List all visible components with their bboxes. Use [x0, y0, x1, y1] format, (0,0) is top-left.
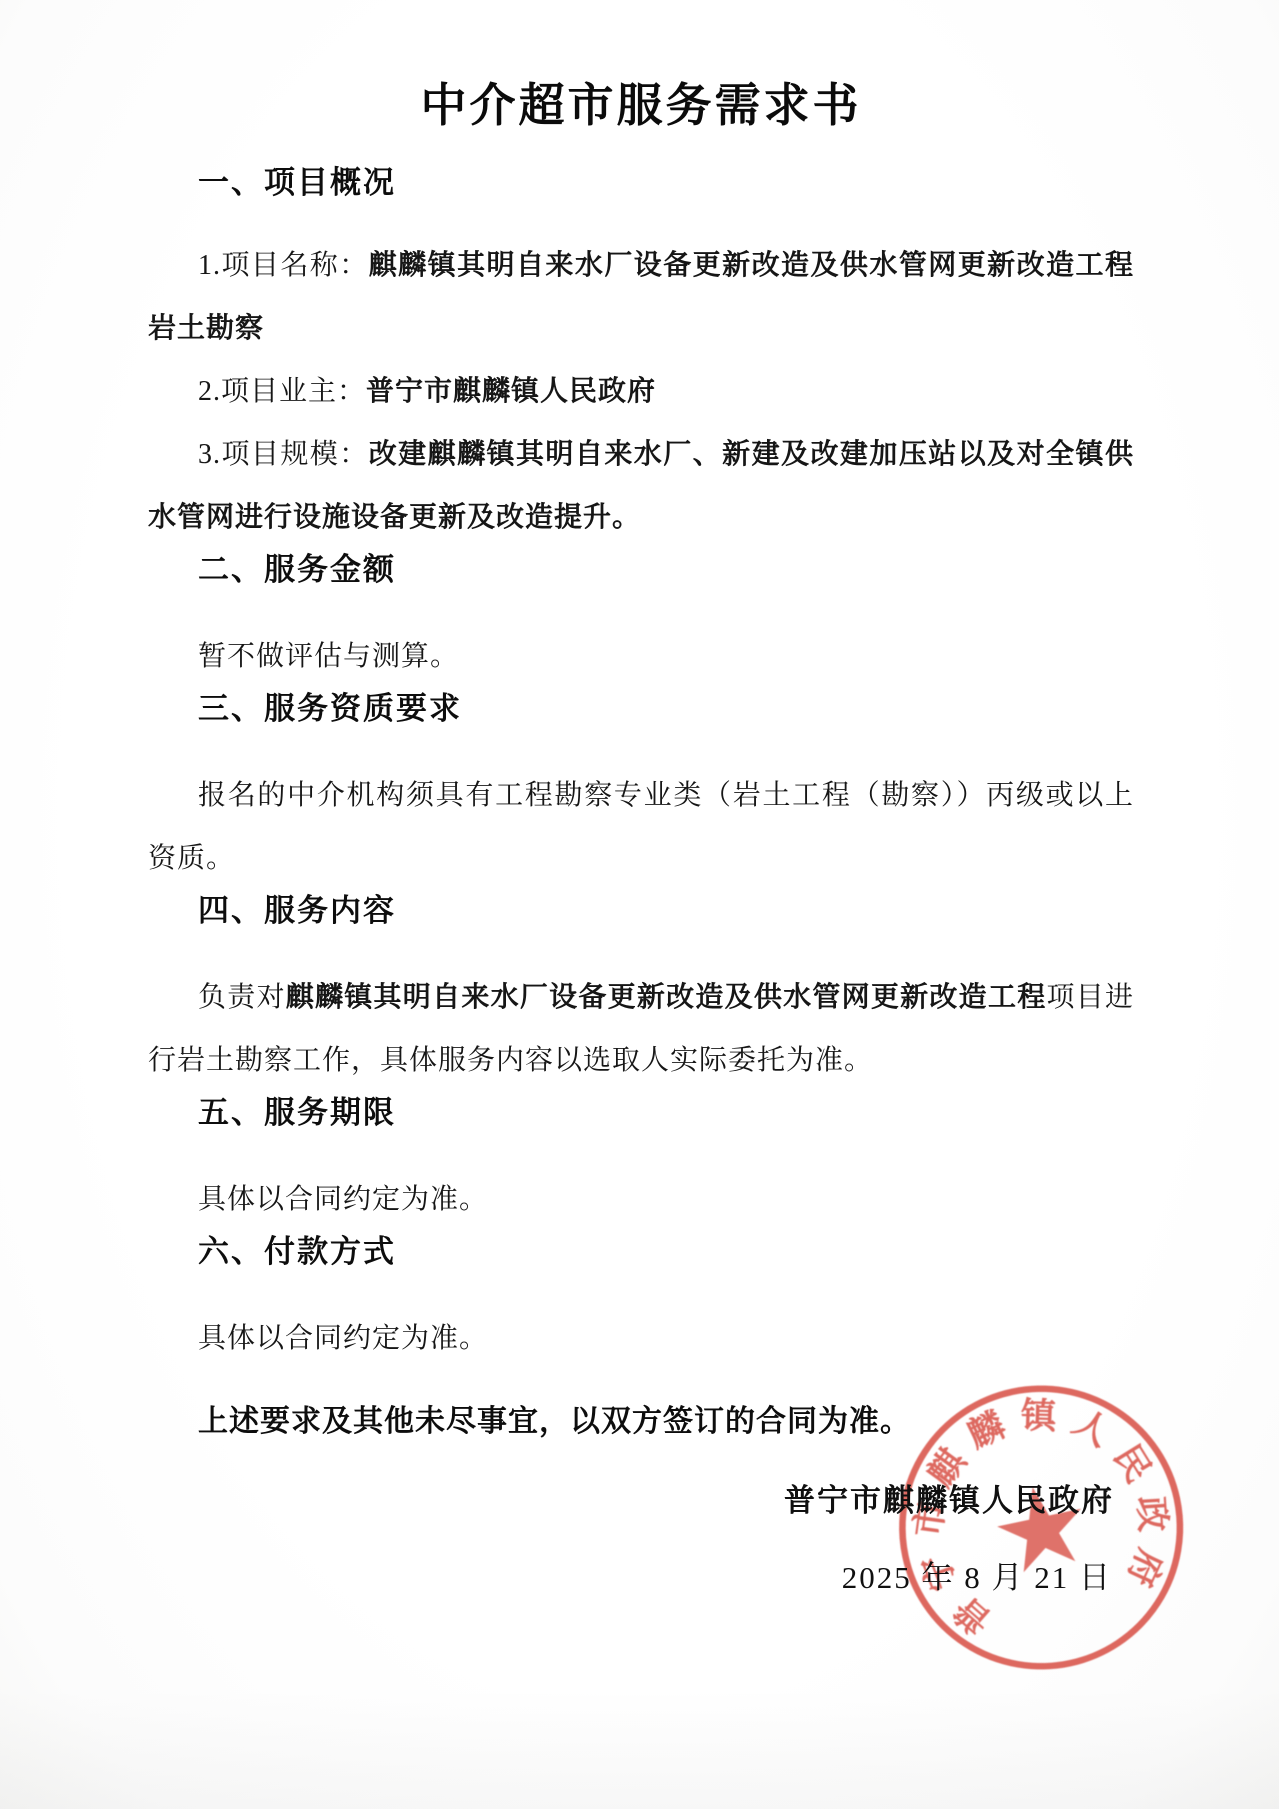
section-heading: 五、服务期限 — [198, 1092, 1134, 1134]
section-body: 具体以合同约定为准。 — [148, 1168, 1134, 1231]
section-heading: 四、服务内容 — [198, 890, 1134, 932]
section-service-content: 四、服务内容 负责对麒麟镇其明自来水厂设备更新改造及供水管网更新改造工程项目进行… — [148, 890, 1134, 1092]
section-service-amount: 二、服务金额 暂不做评估与测算。 — [148, 549, 1134, 688]
date-line: 2025 年 8 月 21 日 — [148, 1546, 1134, 1609]
body-prefix: 负责对 — [198, 982, 286, 1013]
item-text: 普宁市麒麟镇人民政府 — [366, 376, 656, 407]
section-heading: 六、付款方式 — [198, 1231, 1134, 1273]
section-heading: 一、项目概况 — [198, 162, 1134, 204]
section-heading: 三、服务资质要求 — [198, 688, 1134, 730]
body-emphasis: 麒麟镇其明自来水厂设备更新改造及供水管网更新改造工程 — [286, 982, 1047, 1013]
document-title: 中介超市服务需求书 — [148, 76, 1134, 134]
section-body: 暂不做评估与测算。 — [148, 625, 1134, 688]
section-body: 负责对麒麟镇其明自来水厂设备更新改造及供水管网更新改造工程项目进行岩土勘察工作，… — [148, 966, 1134, 1092]
item-label: 3.项目规模： — [198, 439, 369, 470]
project-name-item: 1.项目名称：麒麟镇其明自来水厂设备更新改造及供水管网更新改造工程岩土勘察 — [148, 234, 1134, 360]
section-heading: 二、服务金额 — [198, 549, 1134, 591]
section-body: 报名的中介机构须具有工程勘察专业类（岩土工程（勘察））丙级或以上资质。 — [148, 764, 1134, 890]
item-label: 1.项目名称： — [198, 250, 369, 281]
signature-line: 普宁市麒麟镇人民政府 — [148, 1469, 1134, 1532]
project-owner-item: 2.项目业主：普宁市麒麟镇人民政府 — [148, 360, 1134, 423]
section-body: 具体以合同约定为准。 — [148, 1307, 1134, 1370]
section-service-period: 五、服务期限 具体以合同约定为准。 — [148, 1092, 1134, 1231]
section-project-overview: 一、项目概况 1.项目名称：麒麟镇其明自来水厂设备更新改造及供水管网更新改造工程… — [148, 162, 1134, 549]
scanned-document-page: 中介超市服务需求书 一、项目概况 1.项目名称：麒麟镇其明自来水厂设备更新改造及… — [0, 0, 1279, 1809]
item-label: 2.项目业主： — [198, 376, 366, 407]
project-scale-item: 3.项目规模：改建麒麟镇其明自来水厂、新建及改建加压站以及对全镇供水管网进行设施… — [148, 423, 1134, 549]
signature-area: 普宁市麒麟镇人民政府 普宁市麒麟镇人民政府 2025 年 8 月 21 日 — [148, 1469, 1134, 1609]
section-payment-method: 六、付款方式 具体以合同约定为准。 — [148, 1231, 1134, 1370]
scan-edge-shading — [0, 1689, 1279, 1809]
section-qualification-requirements: 三、服务资质要求 报名的中介机构须具有工程勘察专业类（岩土工程（勘察））丙级或以… — [148, 688, 1134, 890]
document-content: 中介超市服务需求书 一、项目概况 1.项目名称：麒麟镇其明自来水厂设备更新改造及… — [0, 0, 1279, 1609]
